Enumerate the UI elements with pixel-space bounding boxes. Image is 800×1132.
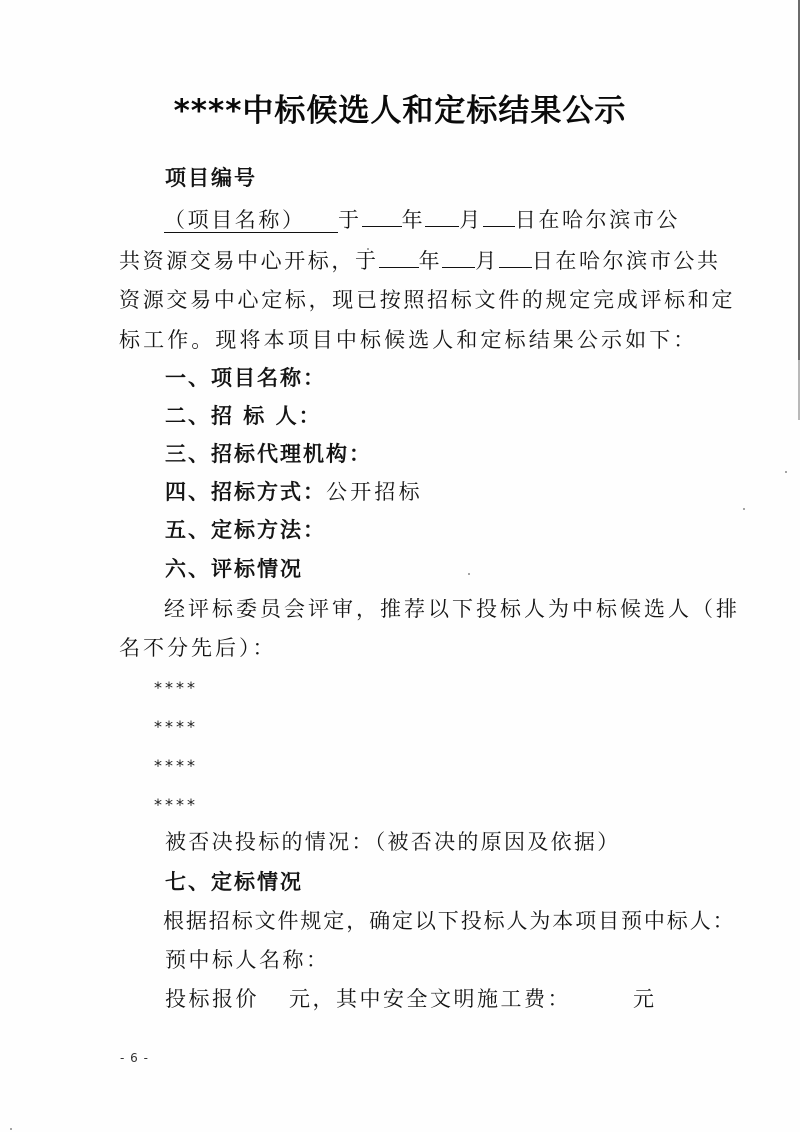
year-text: 年 xyxy=(402,208,426,232)
open-month-blank xyxy=(425,204,459,227)
rejected-bids-note: 被否决投标的情况：（被否决的原因及依据） xyxy=(165,828,621,856)
intro-line-2-start: 共资源交易中心开标，于 xyxy=(119,249,379,273)
scan-speck xyxy=(743,508,745,510)
bid-price-label: 投标报价 xyxy=(165,987,259,1011)
year-text-2: 年 xyxy=(419,249,443,273)
intro-line-1: （项目名称）于年月日在哈尔滨市公 xyxy=(164,204,680,234)
candidate-4: **** xyxy=(154,795,198,815)
section-1-project-name: 一、项目名称： xyxy=(165,364,326,392)
intro-line-4: 标工作。现将本项目中标候选人和定标结果公示如下： xyxy=(119,326,697,354)
document-page: ****中标候选人和定标结果公示 项目编号 （项目名称）于年月日在哈尔滨市公 共… xyxy=(0,0,800,1132)
award-paragraph: 根据招标文件规定，确定以下投标人为本项目预中标人： xyxy=(163,907,736,935)
project-number-label: 项目编号 xyxy=(165,164,257,192)
section-6-evaluation: 六、评标情况 xyxy=(165,555,303,583)
scan-speck xyxy=(785,471,787,473)
section-5-award-method: 五、定标方法： xyxy=(165,516,326,544)
safety-fee-unit: 元 xyxy=(633,987,657,1011)
award-year-blank xyxy=(379,245,419,268)
evaluation-paragraph-line-2: 名不分先后）： xyxy=(119,634,277,662)
scan-speck xyxy=(10,1128,12,1130)
section-4-label: 四、招标方式： xyxy=(165,480,326,504)
open-day-blank xyxy=(483,204,515,227)
winner-name-label: 预中标人名称： xyxy=(165,946,330,974)
month-text: 月 xyxy=(459,208,483,232)
section-7-award: 七、定标情况 xyxy=(165,868,303,896)
project-name-placeholder: （项目名称） xyxy=(164,208,306,232)
scan-speck xyxy=(468,573,470,575)
yu-text: 于 xyxy=(338,208,362,232)
project-name-blank: （项目名称） xyxy=(164,208,338,233)
bid-price-row: 投标报价元，其中安全文明施工费：元 xyxy=(165,985,657,1013)
month-text-2: 月 xyxy=(475,249,499,273)
section-4-value: 公开招标 xyxy=(326,480,423,504)
intro-line-2-rest: 日在哈尔滨市公共 xyxy=(532,249,721,273)
section-2-tenderer: 二、招 标 人： xyxy=(165,402,322,430)
bid-price-unit: 元，其中安全文明施工费： xyxy=(289,987,571,1011)
intro-line-3: 资源交易中心定标，现已按照招标文件的规定完成评标和定 xyxy=(119,286,735,314)
award-month-blank xyxy=(442,245,475,268)
candidate-3: **** xyxy=(154,756,198,776)
document-title: ****中标候选人和定标结果公示 xyxy=(0,91,800,131)
evaluation-paragraph-line-1: 经评标委员会评审，推荐以下投标人为中标候选人（排 xyxy=(164,595,740,623)
candidate-2: **** xyxy=(154,717,198,737)
scan-speck xyxy=(367,248,369,250)
section-3-agency: 三、招标代理机构： xyxy=(165,440,372,468)
page-number: - 6 - xyxy=(120,1051,149,1065)
section-4-method-row: 四、招标方式：公开招标 xyxy=(165,478,423,506)
open-year-blank xyxy=(362,204,402,227)
award-day-blank xyxy=(499,245,532,268)
intro-line-2: 共资源交易中心开标，于年月日在哈尔滨市公共 xyxy=(119,245,721,275)
intro-line-1-rest: 日在哈尔滨市公 xyxy=(515,208,680,232)
candidate-1: **** xyxy=(154,678,198,698)
